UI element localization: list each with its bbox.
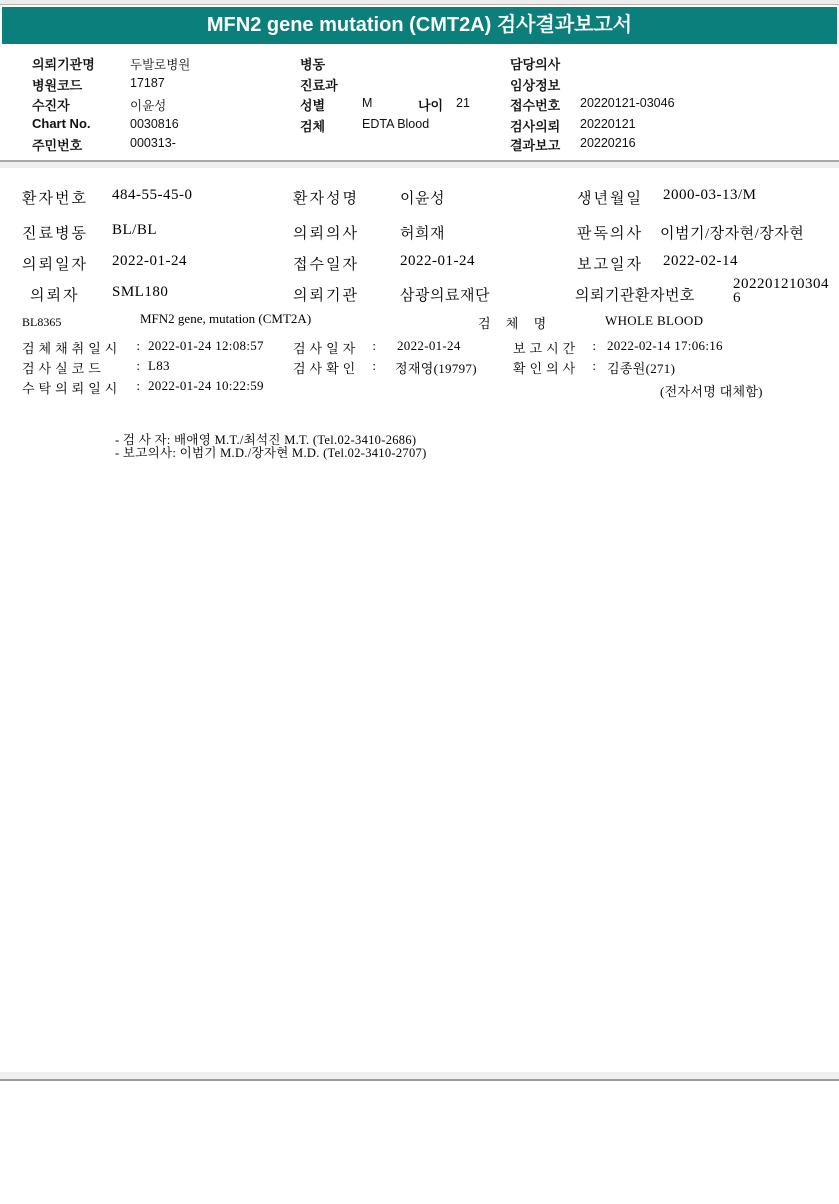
specimen-type-label: 검체 [300,116,325,135]
recv-date-label: 접수일자 [293,253,359,274]
confirm-doctor-value: 김종원(271) [607,358,675,377]
age-value: 21 [456,96,470,110]
req-doctor-value: 허희재 [400,222,445,243]
consign-datetime-label: 수탁의뢰일시: [22,378,140,397]
hospcode-label: 병원코드 [32,75,82,94]
doctor-label: 담당의사 [510,54,560,73]
patient-name-value: 이윤성 [400,187,445,208]
specimen-name-value: WHOLE BLOOD [605,313,703,329]
rep-date-label: 보고일자 [577,253,643,274]
reading-doctor-value: 이범기/장자현/장자현 [660,222,804,243]
recv-date-value: 2022-01-24 [400,253,475,270]
collect-datetime-label: 검체채취일시: [22,338,140,357]
care-ward-label: 진료병동 [22,222,88,243]
specimen-type-value: EDTA Blood [362,117,429,131]
report-time-value: 2022-02-14 17:06:16 [607,338,723,354]
req-org-value: 삼광의료재단 [400,284,490,305]
order-date-value: 20220121 [580,117,636,131]
esign-note: (전자서명 대체함) [660,381,763,400]
org-patient-no-value: 2022012103046 [733,277,835,305]
chart-no-value: 0030816 [130,117,179,131]
requester-value: SML180 [112,284,168,301]
lab-code-value: L83 [148,358,170,374]
test-date-label: 검사일자: [293,338,376,357]
clinical-label: 임상정보 [510,75,560,94]
birth-value: 2000-03-13/M [663,187,757,204]
ward-label: 병동 [300,54,325,73]
report-title-bar: MFN2 gene mutation (CMT2A) 검사결과보고서 [2,7,837,44]
age-label: 나이 [418,95,443,114]
window-top-strip [0,0,839,5]
report-title: MFN2 gene mutation (CMT2A) 검사결과보고서 [207,14,632,36]
org-value: 두발로병원 [130,55,190,73]
chart-no-label: Chart No. [32,116,91,131]
care-ward-value: BL/BL [112,222,157,239]
org-label: 의뢰기관명 [32,54,95,73]
recv-no-label: 접수번호 [510,95,560,114]
hospcode-value: 17187 [130,76,165,90]
rep-date-value: 2022-02-14 [663,253,738,270]
report-date-value: 20220216 [580,136,636,150]
req-date-label: 의뢰일자 [22,253,88,274]
rrn-value: 000313- [130,136,176,150]
requester-label: 의뢰자 [30,284,79,305]
patient-name-label: 환자성명 [293,187,359,208]
lab-report-page: MFN2 gene mutation (CMT2A) 검사결과보고서 의뢰기관명… [0,0,839,1204]
section-divider-bottom [0,1072,839,1081]
verify-label: 검사확인: [293,358,376,377]
reporting-doctor-line: - 보고의사: 이범기 M.D./장자현 M.D. (Tel.02-3410-2… [115,443,427,461]
examinee-value: 이윤성 [130,96,166,114]
dept-label: 진료과 [300,75,338,94]
req-org-label: 의뢰기관 [293,284,359,305]
verify-value: 정재영(19797) [395,358,477,377]
lab-code-label: 검사실코드: [22,358,140,377]
rrn-label: 주민번호 [32,135,82,154]
report-date-label: 결과보고 [510,135,560,154]
report-time-label: 보고시간: [513,338,596,357]
birth-label: 생년월일 [577,187,643,208]
recv-no-value: 20220121-03046 [580,96,675,110]
section-divider-top [0,160,839,168]
test-date-value: 2022-01-24 [397,338,461,354]
collect-datetime-value: 2022-01-24 12:08:57 [148,338,264,354]
confirm-doctor-label: 확인의사: [513,358,596,377]
patient-id-value: 484-55-45-0 [112,187,193,204]
consign-datetime-value: 2022-01-24 10:22:59 [148,378,264,394]
org-patient-no-label: 의뢰기관환자번호 [575,284,695,305]
patient-id-label: 환자번호 [22,187,88,208]
sex-value: M [362,96,372,110]
reading-doctor-label: 판독의사 [577,222,643,243]
req-date-value: 2022-01-24 [112,253,187,270]
sex-label: 성별 [300,95,325,114]
test-code: BL8365 [22,315,61,330]
examinee-label: 수진자 [32,95,70,114]
order-date-label: 검사의뢰 [510,116,560,135]
specimen-name-label: 검 체 명 [478,313,552,332]
test-name: MFN2 gene, mutation (CMT2A) [140,311,311,327]
req-doctor-label: 의뢰의사 [293,222,359,243]
